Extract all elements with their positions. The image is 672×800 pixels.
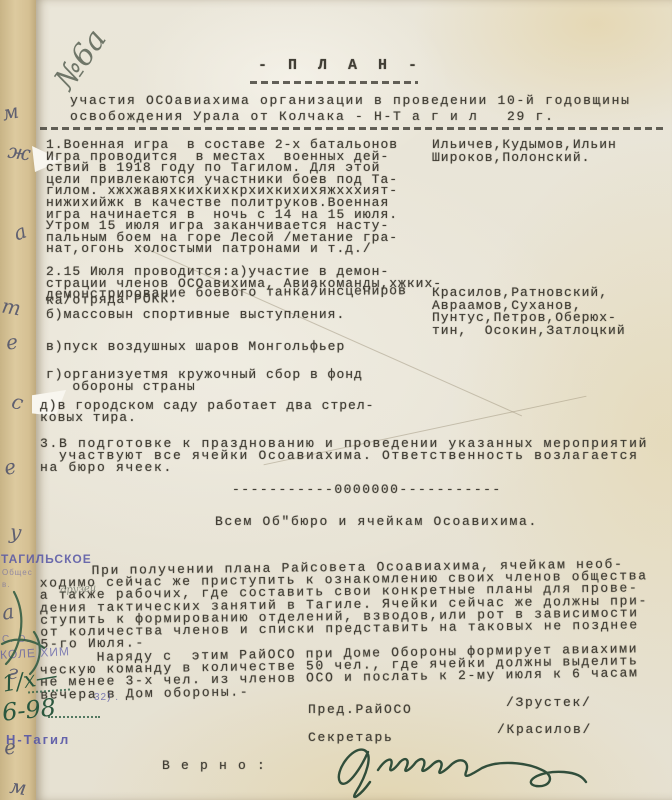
address-line: Всем Об"бюро и ячейкам Осоавихима. xyxy=(215,516,538,528)
binding-handwriting: ж xyxy=(6,139,32,166)
scanned-document-page: м ж а т е с е у а г е м №6а - П Л А Н - … xyxy=(0,0,672,800)
handwritten-dotted-line xyxy=(48,716,100,718)
overtyped-line-2: ка/отряда РОКК. xyxy=(46,293,178,306)
paragraph-1: При получении плана Райсовета Осоавиахим… xyxy=(40,558,649,651)
section-2-item-d: д)в городском саду работает два стрел- к… xyxy=(40,400,374,423)
stamp-n-tagil: Н-Тагил xyxy=(6,732,70,747)
stamp-fragment-line2: Общес xyxy=(2,568,33,577)
section-1-body: 1.Военная игра в составе 2-х батальонов … xyxy=(46,139,398,255)
green-ink-flourish xyxy=(0,588,110,698)
secretary-signature-autograph xyxy=(330,712,590,800)
doc-title: - П Л А Н - xyxy=(258,60,423,72)
doc-subtitle: участия ОСОавиахима организации в провед… xyxy=(70,93,631,125)
subtitle-underline xyxy=(40,127,666,130)
section-2-assignees: Красилов,Ратновский, Авраамов,Суханов, П… xyxy=(432,287,626,337)
section-1-assignees: Ильичев,Кудымов,Ильин Широков,Полонский. xyxy=(432,139,617,164)
section-3: 3.В подготовке к празднованию и проведен… xyxy=(40,438,648,475)
paragraph-2: Наряду с этим РайОСО при Доме Обороны фо… xyxy=(40,643,639,701)
title-underline xyxy=(250,81,418,84)
verified-label: В е р н о : xyxy=(162,760,267,772)
section-2-item-b: б)массовын спортивные выступления. xyxy=(46,309,345,321)
signature-name-chairman: /Зрустек/ xyxy=(506,697,592,709)
handwritten-mark-2: 6-98 xyxy=(1,693,58,726)
section-2-item-v: в)пуск воздушных шаров Монгольфьер xyxy=(46,341,345,353)
binding-handwriting: у xyxy=(9,519,23,544)
separator: -----------0000000----------- xyxy=(232,484,502,496)
section-2-item-g: г)организуетмя кружочный сбор в фонд обо… xyxy=(46,369,363,392)
stamp-tagilskoe: ТАГИЛЬСКОЕ xyxy=(1,552,92,566)
